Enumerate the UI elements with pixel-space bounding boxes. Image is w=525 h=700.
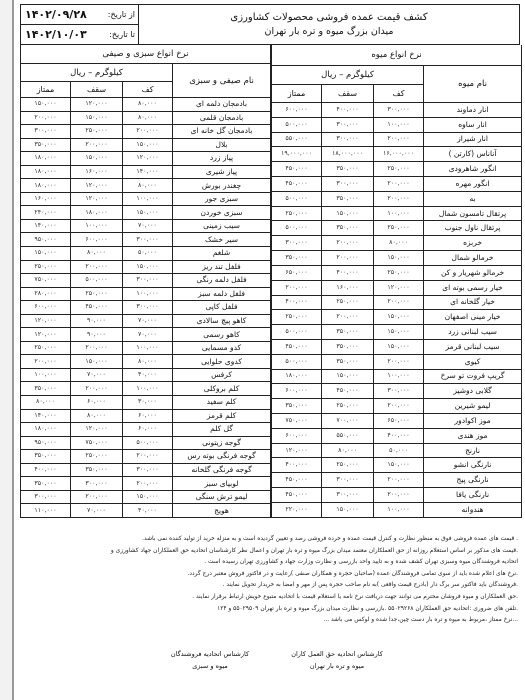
price-max-cell: ۳۵۰,۰۰۰	[71, 463, 123, 477]
price-premium-cell: ۱۸۰,۰۰۰	[21, 152, 71, 166]
price-min-cell: ۲۰۰,۰۰۰	[374, 488, 424, 503]
signature-left-line-1: کارشناس اتحادیه فروشندگان	[160, 648, 260, 660]
item-name-cell: کاهو رسمی	[173, 328, 271, 342]
price-premium-cell: ۴۵۰,۰۰۰	[272, 177, 322, 192]
table-row: ۹۵۰,۰۰۰۷۵۰,۰۰۰۵۰۰,۰۰۰گوجه زیتونی	[21, 436, 271, 450]
price-premium-cell: ۴۵۰,۰۰۰	[272, 162, 322, 177]
price-min-cell: ۱۵۰,۰۰۰	[123, 490, 173, 504]
price-premium-cell: ۳۵۰,۰۰۰	[272, 251, 322, 266]
item-name-cell: انار دماوند	[424, 102, 522, 117]
price-min-cell: ۵۰,۰۰۰	[123, 247, 173, 261]
price-max-cell: ۲۵۰,۰۰۰	[322, 295, 374, 310]
price-premium-cell: ۴۵۰,۰۰۰	[272, 339, 322, 354]
price-max-cell: ۴۵۰,۰۰۰	[322, 384, 374, 399]
table-row: ۴۰۰,۰۰۰۲۵۰,۰۰۰۱۵۰,۰۰۰نارنگی انشو	[272, 458, 522, 473]
price-min-cell: ۸۰,۰۰۰	[123, 111, 173, 125]
price-max-cell: ۲۵۰,۰۰۰	[71, 287, 123, 301]
price-min-cell: ۱۵۰,۰۰۰	[123, 138, 173, 152]
price-min-cell: ۸۰,۰۰۰	[123, 179, 173, 193]
table-row: ۶۰۰,۰۰۰۵۵۰,۰۰۰۴۰۰,۰۰۰موز هندی	[272, 428, 522, 443]
to-date-label: تا تاریخ:	[95, 25, 139, 45]
price-max-cell: ۴۰۰,۰۰۰	[322, 265, 374, 280]
price-premium-cell: ۳۵۰,۰۰۰	[21, 450, 71, 464]
price-premium-cell: ۱۸۰,۰۰۰	[272, 369, 322, 384]
price-max-cell: ۱۵۰,۰۰۰	[71, 111, 123, 125]
item-name-cell: پرتقال ناول جنوب	[424, 221, 522, 236]
price-min-cell: ۷۰,۰۰۰	[123, 314, 173, 328]
price-max-cell: ۲۰۰,۰۰۰	[322, 236, 374, 251]
price-min-cell: ۱۶,۰۰۰,۰۰۰	[374, 147, 424, 162]
item-name-cell: فلفل کاپی	[173, 301, 271, 315]
table-row: ۲۵۰,۰۰۰۱۵۰,۰۰۰۱۰۰,۰۰۰پرتقال تامسون شمال	[272, 206, 522, 221]
to-date-value: ۱۴۰۲/۱۰/۰۳	[21, 25, 96, 45]
item-name-cell: سیر خشک	[173, 233, 271, 247]
table-row: ۱۵۰,۰۰۰۱۲۰,۰۰۰۸۰,۰۰۰بادمجان دلمه ای	[21, 98, 271, 112]
table-row: ۴۰۰,۰۰۰۲۵۰,۰۰۰۲۰۰,۰۰۰خیار گلخانه ای	[272, 295, 522, 310]
price-premium-cell: ۳۵۰,۰۰۰	[21, 382, 71, 396]
table-row: ۶۰۰,۰۰۰۴۵۰,۰۰۰۳۰۰,۰۰۰فلفل کاپی	[21, 301, 271, 315]
table-row: ۲۵۰,۰۰۰۲۰۰,۰۰۰۱۰۰,۰۰۰کدو مسمایی	[21, 341, 271, 355]
price-max-cell: ۷۰,۰۰۰	[71, 504, 123, 518]
price-premium-cell: ۱۸۰,۰۰۰	[21, 165, 71, 179]
table-row: ۳۰۰,۰۰۰۲۰۰,۰۰۰۸۰,۰۰۰خربزه	[272, 236, 522, 251]
item-name-cell: خیار گلخانه ای	[424, 295, 522, 310]
table-row: ۵۰۰,۰۰۰۳۵۰,۰۰۰۲۰۰,۰۰۰به	[272, 191, 522, 206]
table-row: ۲۰۰,۰۰۰۱۵۰,۰۰۰۸۰,۰۰۰بادمجان قلمی	[21, 111, 271, 125]
table-row: ۵۰۰,۰۰۰۳۵۰,۰۰۰۲۵۰,۰۰۰پرتقال ناول جنوب	[272, 221, 522, 236]
price-premium-cell: ۱۲۰,۰۰۰	[272, 443, 322, 458]
from-date-value: ۱۴۰۲/۰۹/۲۸	[21, 5, 96, 25]
price-min-cell: ۲۰۰,۰۰۰	[374, 473, 424, 488]
table-row: ۱۴۰,۰۰۰۱۰۰,۰۰۰۷۰,۰۰۰سیب زمینی	[21, 219, 271, 233]
price-premium-cell: ۲۰۰,۰۰۰	[21, 111, 71, 125]
notes-section: . قیمت های عمده فروشی فوق به منظور نظارت…	[22, 534, 518, 627]
item-name-cell: بادمجان دلمه ای	[173, 98, 271, 112]
item-name-cell: پرتقال تامسون شمال	[424, 206, 522, 221]
table-row: ۱۸۰,۰۰۰۱۶۰,۰۰۰۱۴۰,۰۰۰پیاز شیری	[21, 165, 271, 179]
table-row: ۳۵۰,۰۰۰۲۰۰,۰۰۰۱۵۰,۰۰۰خرمالو شمال	[272, 251, 522, 266]
note-line: اتحادیه فروشندگان میوه وسبزی تهران کشف ش…	[22, 557, 518, 569]
price-premium-cell: ۱۴۰,۰۰۰	[21, 409, 71, 423]
item-name-cell: کاهو پیچ سالادی	[173, 314, 271, 328]
table-row: ۲۸۰,۰۰۰۲۵۰,۰۰۰۱۰۰,۰۰۰فلفل دلمه سبز	[21, 287, 271, 301]
price-sheet: ۱۴۰۲/۰۹/۲۸ از تاریخ: کشف قیمت عمده فروشی…	[20, 4, 520, 518]
table-row: ۱۰۰,۰۰۰۷۰,۰۰۰۴۰,۰۰۰کرفس	[21, 368, 271, 382]
price-premium-cell: ۱۹,۰۰۰,۰۰۰	[272, 147, 322, 162]
price-premium-cell: ۶۰۰,۰۰۰	[272, 428, 322, 443]
price-max-cell: ۳۰۰,۰۰۰	[322, 473, 374, 488]
price-min-cell: ۱۰۰,۰۰۰	[374, 369, 424, 384]
price-max-cell: ۷۰۰,۰۰۰	[322, 414, 374, 429]
signature-left: کارشناس اتحادیه فروشندگان میوه و سبزی	[160, 648, 260, 672]
price-premium-cell: ۳۰۰,۰۰۰	[21, 490, 71, 504]
fruit-unit: کیلوگرم – ریال	[272, 65, 424, 85]
table-row: ۱۶۰,۰۰۰۱۲۰,۰۰۰۱۰۰,۰۰۰سبزی جور	[21, 192, 271, 206]
price-max-cell: ۲۰۰,۰۰۰	[322, 251, 374, 266]
price-min-cell: ۸۰,۰۰۰	[374, 236, 424, 251]
item-name-cell: خربزه	[424, 236, 522, 251]
price-premium-cell: ۱۱۰,۰۰۰	[21, 504, 71, 518]
table-row: ۶۰۰,۰۰۰۴۵۰,۰۰۰۳۰۰,۰۰۰گلابی دوشیز	[272, 384, 522, 399]
table-row: ۱۸۰,۰۰۰۱۲۰,۰۰۰۶۰,۰۰۰گل کلم	[21, 423, 271, 437]
table-row: ۱۲۰,۰۰۰۸۰,۰۰۰۵۰,۰۰۰نارنج	[272, 443, 522, 458]
price-premium-cell: ۱۲۰,۰۰۰	[21, 314, 71, 328]
price-max-cell: ۳۰۰,۰۰۰	[71, 477, 123, 491]
price-max-cell: ۸۰,۰۰۰	[322, 443, 374, 458]
vegetables-name-header: نام صیفی و سبزی	[173, 64, 271, 98]
price-max-cell: ۵۰۰,۰۰۰	[71, 274, 123, 288]
price-premium-cell: ۵۰۰,۰۰۰	[272, 325, 322, 340]
table-row: ۴۵۰,۰۰۰۳۵۰,۰۰۰۱۵۰,۰۰۰سیب لبنانی قرمز	[272, 339, 522, 354]
price-premium-cell: ۱۶۰,۰۰۰	[21, 192, 71, 206]
price-max-cell: ۱۶۰,۰۰۰	[71, 165, 123, 179]
item-name-cell: کرفس	[173, 368, 271, 382]
price-min-cell: ۱۵۰,۰۰۰	[374, 310, 424, 325]
price-max-cell: ۲۰۰,۰۰۰	[71, 260, 123, 274]
price-max-cell: ۷۵۰,۰۰۰	[71, 436, 123, 450]
vegetables-rows: ۱۵۰,۰۰۰۱۲۰,۰۰۰۸۰,۰۰۰بادمجان دلمه ای۲۰۰,۰…	[21, 98, 271, 518]
price-premium-cell: ۴۰۰,۰۰۰	[21, 463, 71, 477]
price-min-cell: ۱۰۰,۰۰۰	[123, 287, 173, 301]
item-name-cell: آناناس (کارتن )	[424, 147, 522, 162]
table-row: ۲۴۰,۰۰۰۱۸۰,۰۰۰۱۵۰,۰۰۰سبزی خوردن	[21, 206, 271, 220]
price-min-cell: ۱۰۰,۰۰۰	[123, 382, 173, 396]
item-name-cell: کلم سفید	[173, 396, 271, 410]
price-max-cell: ۳۰۰,۰۰۰	[322, 117, 374, 132]
item-name-cell: خیار مینی اصفهان	[424, 310, 522, 325]
item-name-cell: نارنگی پیج	[424, 473, 522, 488]
item-name-cell: انار ساوه	[424, 117, 522, 132]
price-max-cell: ۳۰۰,۰۰۰	[322, 488, 374, 503]
item-name-cell: گریپ فروت تو سرخ	[424, 369, 522, 384]
price-max-cell: ۳۵۰,۰۰۰	[322, 354, 374, 369]
price-premium-cell: ۳۵۰,۰۰۰	[21, 138, 71, 152]
item-name-cell: به	[424, 191, 522, 206]
price-min-cell: ۶۰,۰۰۰	[123, 423, 173, 437]
note-line: .قیمت های مذکور بر اساس استعلام روزانه ا…	[22, 546, 518, 558]
price-premium-cell: ۳۵۰,۰۰۰	[21, 477, 71, 491]
price-max-cell: ۲۰۰,۰۰۰	[71, 341, 123, 355]
table-row: ۴۰۰,۰۰۰۳۵۰,۰۰۰۳۰۰,۰۰۰گوجه فرنگی گلخانه	[21, 463, 271, 477]
item-name-cell: موز هندی	[424, 428, 522, 443]
price-max-cell: ۱۶۰,۰۰۰	[322, 280, 374, 295]
note-line: . قیمت های عمده فروشی فوق به منظور نظارت…	[22, 534, 518, 546]
item-name-cell: سیب لبنانی زرد	[424, 325, 522, 340]
price-max-cell: ۱۵۰,۰۰۰	[322, 502, 374, 517]
price-max-cell: ۸۰,۰۰۰	[71, 247, 123, 261]
price-max-cell: ۲۵۰,۰۰۰	[71, 125, 123, 139]
vegetables-unit: کیلوگرم – ریال	[21, 64, 173, 82]
item-name-cell: پیاز زرد	[173, 152, 271, 166]
price-min-cell: ۱۵۰,۰۰۰	[374, 325, 424, 340]
price-min-cell: ۸۰,۰۰۰	[123, 98, 173, 112]
table-row: ۱۸۰,۰۰۰۱۵۰,۰۰۰۱۲۰,۰۰۰پیاز زرد	[21, 152, 271, 166]
price-max-cell: ۳۵۰,۰۰۰	[322, 191, 374, 206]
item-name-cell: بلال	[173, 138, 271, 152]
table-row: ۱۸۰,۰۰۰۱۲۰,۰۰۰۸۰,۰۰۰چغندر بورش	[21, 179, 271, 193]
table-row: ۴۵۰,۰۰۰۳۰۰,۰۰۰۲۰۰,۰۰۰نارنگی یافا	[272, 488, 522, 503]
price-premium-cell: ۹۵۰,۰۰۰	[21, 233, 71, 247]
item-name-cell: شلغم	[173, 247, 271, 261]
price-min-cell: ۱۵۰,۰۰۰	[123, 206, 173, 220]
col-max-header: سقف	[322, 85, 374, 103]
table-row: ۱۴۰,۰۰۰۸۰,۰۰۰۶۰,۰۰۰کلم قرمز	[21, 409, 271, 423]
price-max-cell: ۹۰,۰۰۰	[71, 328, 123, 342]
header-table: ۱۴۰۲/۰۹/۲۸ از تاریخ: کشف قیمت عمده فروشی…	[20, 4, 520, 45]
price-min-cell: ۶۰,۰۰۰	[123, 409, 173, 423]
price-min-cell: ۷۰,۰۰۰	[123, 328, 173, 342]
price-min-cell: ۲۰۰,۰۰۰	[374, 191, 424, 206]
price-premium-cell: ۱۴۰,۰۰۰	[21, 219, 71, 233]
price-min-cell: ۲۰۰,۰۰۰	[374, 177, 424, 192]
item-name-cell: سبزی جور	[173, 192, 271, 206]
item-name-cell: چغندر بورش	[173, 179, 271, 193]
note-line: .نرخ های اعلام شده باید از سوی تمامی فرو…	[22, 569, 518, 581]
table-row: ۱۱۰,۰۰۰۷۰,۰۰۰۴۰,۰۰۰هویج	[21, 504, 271, 518]
price-min-cell: ۶۵۰,۰۰۰	[374, 414, 424, 429]
price-premium-cell: ۲۴۰,۰۰۰	[21, 206, 71, 220]
signature-right-line-1: کارشناس اتحادیه حق العمل کاران	[282, 648, 392, 660]
price-max-cell: ۹۰,۰۰۰	[71, 314, 123, 328]
price-premium-cell: ۲۸۰,۰۰۰	[21, 287, 71, 301]
signature-right: کارشناس اتحادیه حق العمل کاران میوه و تر…	[282, 648, 392, 672]
price-min-cell: ۲۰۰,۰۰۰	[374, 399, 424, 414]
item-name-cell: فلفل دلمه رنگی	[173, 274, 271, 288]
table-row: ۴۵۰,۰۰۰۳۵۰,۰۰۰۲۵۰,۰۰۰انگور شاهرودی	[272, 162, 522, 177]
table-row: ۴۵۰,۰۰۰۳۰۰,۰۰۰۲۰۰,۰۰۰انگور مهره	[272, 177, 522, 192]
item-name-cell: خیار رسمی بوته ای	[424, 280, 522, 295]
price-min-cell: ۵۰,۰۰۰	[374, 443, 424, 458]
price-min-cell: ۵۰۰,۰۰۰	[123, 436, 173, 450]
price-premium-cell: ۴۵۰,۰۰۰	[272, 473, 322, 488]
price-max-cell: ۱۵۰,۰۰۰	[71, 152, 123, 166]
table-row: ۸۰,۰۰۰۶۰,۰۰۰۳۰,۰۰۰کلم سفید	[21, 396, 271, 410]
table-row: ۷۵۰,۰۰۰۵۰۰,۰۰۰۳۰۰,۰۰۰فلفل دلمه رنگی	[21, 274, 271, 288]
table-row: ۲۲۰,۰۰۰۱۵۰,۰۰۰۱۰۰,۰۰۰هندوانه	[272, 502, 522, 517]
price-premium-cell: ۸۰,۰۰۰	[21, 396, 71, 410]
table-row: ۵۰۰,۰۰۰۳۰۰,۰۰۰۱۰۰,۰۰۰انار ساوه	[272, 117, 522, 132]
price-premium-cell: ۲۲۰,۰۰۰	[272, 502, 322, 517]
price-premium-cell: ۳۵۰,۰۰۰	[272, 399, 322, 414]
item-name-cell: گل کلم	[173, 423, 271, 437]
price-min-cell: ۱۲۰,۰۰۰	[374, 280, 424, 295]
price-max-cell: ۲۵۰,۰۰۰	[71, 450, 123, 464]
price-max-cell: ۶۰۰,۰۰۰	[71, 233, 123, 247]
price-min-cell: ۲۰۰,۰۰۰	[374, 354, 424, 369]
price-premium-cell: ۴۰۰,۰۰۰	[272, 458, 322, 473]
price-premium-cell: ۵۰۰,۰۰۰	[272, 117, 322, 132]
price-min-cell: ۴۰,۰۰۰	[123, 368, 173, 382]
col-max-header: سقف	[71, 82, 123, 98]
signature-left-line-2: میوه و سبزی	[160, 660, 260, 672]
item-name-cell: گوجه زیتونی	[173, 436, 271, 450]
price-min-cell: ۷۰,۰۰۰	[123, 219, 173, 233]
item-name-cell: گلابی دوشیز	[424, 384, 522, 399]
price-premium-cell: ۶۰۰,۰۰۰	[272, 102, 322, 117]
page-margin-strip	[0, 0, 14, 700]
price-min-cell: ۱۰۰,۰۰۰	[374, 117, 424, 132]
col-premium-header: ممتاز	[21, 82, 71, 98]
item-name-cell: سیب زمینی	[173, 219, 271, 233]
price-premium-cell: ۲۰۰,۰۰۰	[272, 280, 322, 295]
table-row: ۱۲۰,۰۰۰۹۰,۰۰۰۷۰,۰۰۰کاهو پیچ سالادی	[21, 314, 271, 328]
price-premium-cell: ۵۰۰,۰۰۰	[272, 354, 322, 369]
price-min-cell: ۳۰۰,۰۰۰	[123, 274, 173, 288]
price-premium-cell: ۲۵۰,۰۰۰	[21, 260, 71, 274]
item-name-cell: انار شیراز	[424, 132, 522, 147]
price-min-cell: ۱۵۰,۰۰۰	[374, 458, 424, 473]
note-line: .حق العملکاران و میوه فروشان محترم می تو…	[22, 592, 518, 604]
col-premium-header: ممتاز	[272, 85, 322, 103]
price-premium-cell: ۱۵۰,۰۰۰	[21, 247, 71, 261]
price-min-cell: ۱۰۰,۰۰۰	[374, 206, 424, 221]
item-name-cell: پیاز شیری	[173, 165, 271, 179]
vegetables-table: نرخ انواع سبزی و صیفی کیلوگرم – ریال نام…	[20, 45, 271, 518]
item-name-cell: فلفل تند ریز	[173, 260, 271, 274]
price-min-cell: ۴۰۰,۰۰۰	[374, 428, 424, 443]
price-premium-cell: ۳۰۰,۰۰۰	[21, 125, 71, 139]
item-name-cell: گوجه فرنگی گلخانه	[173, 463, 271, 477]
price-min-cell: ۲۰۰,۰۰۰	[123, 450, 173, 464]
price-max-cell: ۳۰۰,۰۰۰	[322, 132, 374, 147]
item-name-cell: بادمجان گل خانه ای	[173, 125, 271, 139]
price-min-cell: ۸۰,۰۰۰	[123, 355, 173, 369]
table-row: ۲۵۰,۰۰۰۲۰۰,۰۰۰۱۵۰,۰۰۰فلفل تند ریز	[21, 260, 271, 274]
col-min-header: کف	[374, 85, 424, 103]
item-name-cell: کیوی	[424, 354, 522, 369]
item-name-cell: هندوانه	[424, 502, 522, 517]
note-line: ...نرخ ممتاز ،مربوط به میوه و تره بار دس…	[22, 615, 518, 627]
item-name-cell: لوبیای سبز	[173, 477, 271, 491]
item-name-cell: لیمو ترش سنگی	[173, 490, 271, 504]
fruit-section-title: نرخ انواع میوه	[272, 45, 522, 65]
table-row: ۲۵۰,۰۰۰۲۰۰,۰۰۰۱۵۰,۰۰۰خیار مینی اصفهان	[272, 310, 522, 325]
item-name-cell: گوجه فرنگی بوته رس	[173, 450, 271, 464]
table-row: ۴۵۰,۰۰۰۳۰۰,۰۰۰۲۰۰,۰۰۰نارنگی پیج	[272, 473, 522, 488]
price-premium-cell: ۷۵۰,۰۰۰	[272, 414, 322, 429]
signature-right-line-2: میوه و تره بار تهران	[282, 660, 392, 672]
price-premium-cell: ۴۰۰,۰۰۰	[272, 295, 322, 310]
table-row: ۶۵۰,۰۰۰۴۰۰,۰۰۰۲۵۰,۰۰۰خرمالو شهریار و کن	[272, 265, 522, 280]
price-max-cell: ۴۵۰,۰۰۰	[71, 301, 123, 315]
item-name-cell: فلفل دلمه سبز	[173, 287, 271, 301]
item-name-cell: کلم بروکلی	[173, 382, 271, 396]
table-row: ۵۵۰,۰۰۰۳۰۰,۰۰۰۲۰۰,۰۰۰انار شیراز	[272, 132, 522, 147]
price-max-cell: ۱۲۰,۰۰۰	[71, 179, 123, 193]
price-premium-cell: ۱۰۰,۰۰۰	[21, 368, 71, 382]
price-min-cell: ۴۰,۰۰۰	[123, 504, 173, 518]
price-min-cell: ۱۰۰,۰۰۰	[374, 502, 424, 517]
title-line-2: میدان بزرگ میوه و تره بار تهران	[139, 25, 519, 39]
price-min-cell: ۲۵۰,۰۰۰	[374, 162, 424, 177]
price-max-cell: ۱۲۰,۰۰۰	[71, 423, 123, 437]
table-row: ۳۵۰,۰۰۰۲۵۰,۰۰۰۲۰۰,۰۰۰گوجه فرنگی بوته رس	[21, 450, 271, 464]
price-premium-cell: ۲۰۰,۰۰۰	[21, 355, 71, 369]
price-max-cell: ۲۰۰,۰۰۰	[71, 138, 123, 152]
table-row: ۱۲۰,۰۰۰۹۰,۰۰۰۷۰,۰۰۰کاهو رسمی	[21, 328, 271, 342]
price-max-cell: ۱۰۰,۰۰۰	[71, 219, 123, 233]
price-premium-cell: ۶۰۰,۰۰۰	[272, 384, 322, 399]
price-max-cell: ۱۲۰,۰۰۰	[71, 98, 123, 112]
price-min-cell: ۲۰۰,۰۰۰	[123, 125, 173, 139]
price-max-cell: ۳۵۰,۰۰۰	[322, 221, 374, 236]
price-premium-cell: ۵۰۰,۰۰۰	[272, 221, 322, 236]
price-max-cell: ۳۵۰,۰۰۰	[322, 339, 374, 354]
item-name-cell: نارنج	[424, 443, 522, 458]
item-name-cell: سیب لبنانی قرمز	[424, 339, 522, 354]
price-min-cell: ۳۰,۰۰۰	[123, 396, 173, 410]
price-min-cell: ۱۵۰,۰۰۰	[123, 260, 173, 274]
price-min-cell: ۱۵۰,۰۰۰	[374, 251, 424, 266]
price-min-cell: ۱۰۰,۰۰۰	[123, 341, 173, 355]
item-name-cell: بادمجان قلمی	[173, 111, 271, 125]
table-row: ۳۵۰,۰۰۰۲۰۰,۰۰۰۱۰۰,۰۰۰کلم بروکلی	[21, 382, 271, 396]
price-premium-cell: ۱۵۰,۰۰۰	[21, 98, 71, 112]
price-premium-cell: ۵۵۰,۰۰۰	[272, 132, 322, 147]
price-premium-cell: ۱۸۰,۰۰۰	[21, 179, 71, 193]
price-min-cell: ۲۵۰,۰۰۰	[374, 221, 424, 236]
item-name-cell: کدوی حلوایی	[173, 355, 271, 369]
price-max-cell: ۴۰۰,۰۰۰	[322, 102, 374, 117]
item-name-cell: کدو مسمایی	[173, 341, 271, 355]
price-min-cell: ۱۰۰,۰۰۰	[123, 192, 173, 206]
table-row: ۹۵۰,۰۰۰۶۰۰,۰۰۰۳۰۰,۰۰۰سیر خشک	[21, 233, 271, 247]
col-min-header: کف	[123, 82, 173, 98]
note-line: .فروشندگان باید فاکتور سر برگ دار (بادرج…	[22, 580, 518, 592]
table-row: ۳۵۰,۰۰۰۳۰۰,۰۰۰۲۰۰,۰۰۰لوبیای سبز	[21, 477, 271, 491]
note-line: .تلفن های ضروری :اتحادیه حق العملکاران ۵…	[22, 604, 518, 616]
vegetables-section-title: نرخ انواع سبزی و صیفی	[21, 45, 271, 64]
item-name-cell: لیمو شیرین	[424, 399, 522, 414]
price-max-cell: ۳۰۰,۰۰۰	[322, 177, 374, 192]
price-max-cell: ۳۵۰,۰۰۰	[322, 325, 374, 340]
table-row: ۶۰۰,۰۰۰۴۰۰,۰۰۰۳۰۰,۰۰۰انار دماوند	[272, 102, 522, 117]
price-min-cell: ۲۰۰,۰۰۰	[123, 477, 173, 491]
table-row: ۷۵۰,۰۰۰۷۰۰,۰۰۰۶۵۰,۰۰۰موز اکوادور	[272, 414, 522, 429]
table-row: ۱۵۰,۰۰۰۸۰,۰۰۰۵۰,۰۰۰شلغم	[21, 247, 271, 261]
price-max-cell: ۶۰,۰۰۰	[71, 396, 123, 410]
item-name-cell: موز اکوادور	[424, 414, 522, 429]
price-min-cell: ۱۴۰,۰۰۰	[123, 165, 173, 179]
price-premium-cell: ۵۰۰,۰۰۰	[272, 191, 322, 206]
item-name-cell: انگور شاهرودی	[424, 162, 522, 177]
item-name-cell: خرمالو شهریار و کن	[424, 265, 522, 280]
document-title: کشف قیمت عمده فروشی محصولات کشاورزی میدا…	[139, 5, 520, 45]
table-row: ۳۵۰,۰۰۰۲۰۰,۰۰۰۱۵۰,۰۰۰بلال	[21, 138, 271, 152]
price-max-cell: ۲۰۰,۰۰۰	[71, 382, 123, 396]
price-premium-cell: ۴۵۰,۰۰۰	[272, 488, 322, 503]
item-name-cell: خرمالو شمال	[424, 251, 522, 266]
price-premium-cell: ۳۰۰,۰۰۰	[272, 236, 322, 251]
price-max-cell: ۱۲۰,۰۰۰	[71, 192, 123, 206]
price-max-cell: ۱۵۰,۰۰۰	[71, 355, 123, 369]
price-premium-cell: ۲۵۰,۰۰۰	[272, 206, 322, 221]
price-max-cell: ۵۵۰,۰۰۰	[322, 428, 374, 443]
price-premium-cell: ۱۲۰,۰۰۰	[21, 328, 71, 342]
price-premium-cell: ۲۵۰,۰۰۰	[272, 310, 322, 325]
price-max-cell: ۸۰,۰۰۰	[71, 409, 123, 423]
fruit-table: نرخ انواع میوه کیلوگرم – ریال نام میوه م…	[271, 45, 522, 518]
price-premium-cell: ۷۵۰,۰۰۰	[21, 274, 71, 288]
table-row: ۲۰۰,۰۰۰۱۶۰,۰۰۰۱۲۰,۰۰۰خیار رسمی بوته ای	[272, 280, 522, 295]
from-date-label: از تاریخ:	[95, 5, 139, 25]
price-max-cell: ۱۸,۰۰۰,۰۰۰	[322, 147, 374, 162]
price-max-cell: ۱۵۰,۰۰۰	[322, 369, 374, 384]
price-min-cell: ۲۰۰,۰۰۰	[374, 295, 424, 310]
price-min-cell: ۳۰۰,۰۰۰	[123, 463, 173, 477]
price-max-cell: ۱۸۰,۰۰۰	[71, 206, 123, 220]
price-premium-cell: ۶۰۰,۰۰۰	[21, 301, 71, 315]
